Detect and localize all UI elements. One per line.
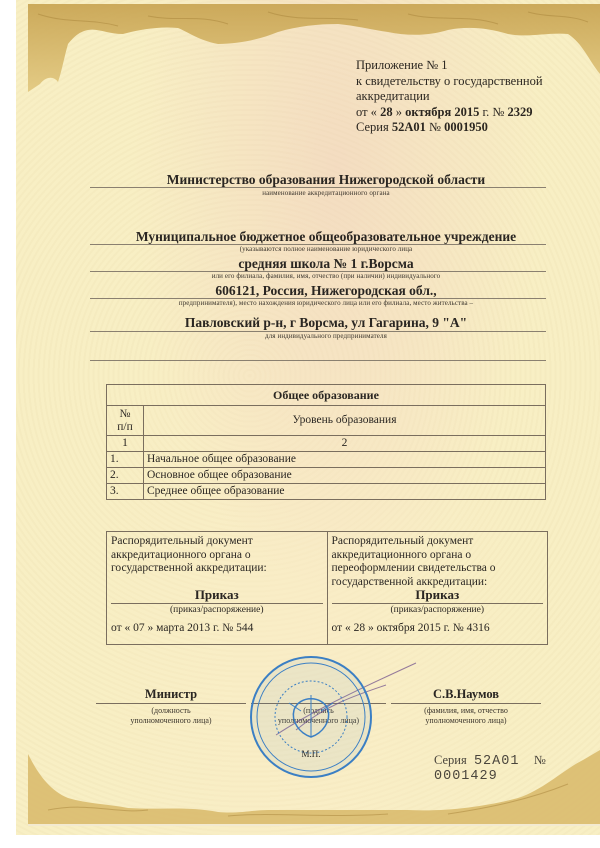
org-caption3: предпринимателя), место нахождения юриди… — [106, 299, 546, 307]
appendix-header: Приложение № 1 к свидетельству о государ… — [356, 58, 543, 136]
org-caption2: или его филиала, фамилия, имя, отчество … — [106, 272, 546, 280]
official-stamp-icon: М.П. — [249, 655, 373, 779]
appendix-date: от « 28 » октября 2015 г. № 2329 — [356, 105, 543, 121]
col-level-header: Уровень образования — [144, 406, 546, 436]
table-title: Общее образование — [107, 385, 546, 406]
org-name-line2: средняя школа № 1 г.Ворсма — [106, 256, 546, 272]
col-num-header: № п/п — [107, 406, 144, 436]
appendix-title: Приложение № 1 — [356, 58, 543, 74]
accreditation-body-caption: наименование аккредитационного органа — [106, 189, 546, 197]
education-levels-table: Общее образование № п/п Уровень образова… — [106, 384, 546, 500]
accreditation-body-name: Министерство образования Нижегородской о… — [106, 172, 546, 188]
col-index-2: 2 — [144, 436, 546, 452]
appendix-series: Серия 52А01 № 0001950 — [356, 120, 543, 136]
col-index-1: 1 — [107, 436, 144, 452]
appendix-line3: аккредитации — [356, 89, 543, 105]
reissue-order-date: от « 28 » октября 2015 г. № 4316 — [332, 622, 490, 636]
certificate-page: Приложение № 1 к свидетельству о государ… — [16, 0, 600, 835]
reissue-order-type-caption: (приказ/распоряжение) — [328, 604, 548, 618]
org-caption1: (указываются полное наименование юридиче… — [106, 245, 546, 253]
accreditation-order-cell: Распорядительный документ аккредитационн… — [107, 532, 327, 644]
form-serial-number: Серия 52А01 № 0001429 — [434, 753, 600, 784]
svg-text:М.П.: М.П. — [301, 749, 320, 759]
table-row: 2. Основное общее образование — [107, 468, 546, 484]
reissue-order-description: Распорядительный документ аккредитационн… — [332, 535, 542, 589]
accreditation-order-type: Приказ — [107, 588, 327, 602]
org-address-line1: 606121, Россия, Нижегородская обл., — [106, 283, 546, 299]
accreditation-order-description: Распорядительный документ аккредитационн… — [111, 535, 281, 576]
table-row: 3. Среднее общее образование — [107, 484, 546, 500]
accreditation-order-date: от « 07 » марта 2013 г. № 544 — [111, 622, 253, 636]
reissue-order-type: Приказ — [328, 588, 548, 602]
org-address-line2: Павловский р-н, г Ворсма, ул Гагарина, 9… — [106, 315, 546, 331]
org-caption4: для индивидуального предпринимателя — [106, 332, 546, 340]
accreditation-order-type-caption: (приказ/распоряжение) — [107, 604, 327, 618]
table-row: 1. Начальное общее образование — [107, 452, 546, 468]
official-position: Министр (должность уполномоченного лица) — [96, 687, 246, 726]
administrative-documents: Распорядительный документ аккредитационн… — [106, 531, 548, 645]
appendix-line2: к свидетельству о государственной — [356, 74, 543, 90]
org-name-line1: Муниципальное бюджетное общеобразователь… — [106, 229, 546, 245]
reissue-order-cell: Распорядительный документ аккредитационн… — [327, 532, 548, 644]
